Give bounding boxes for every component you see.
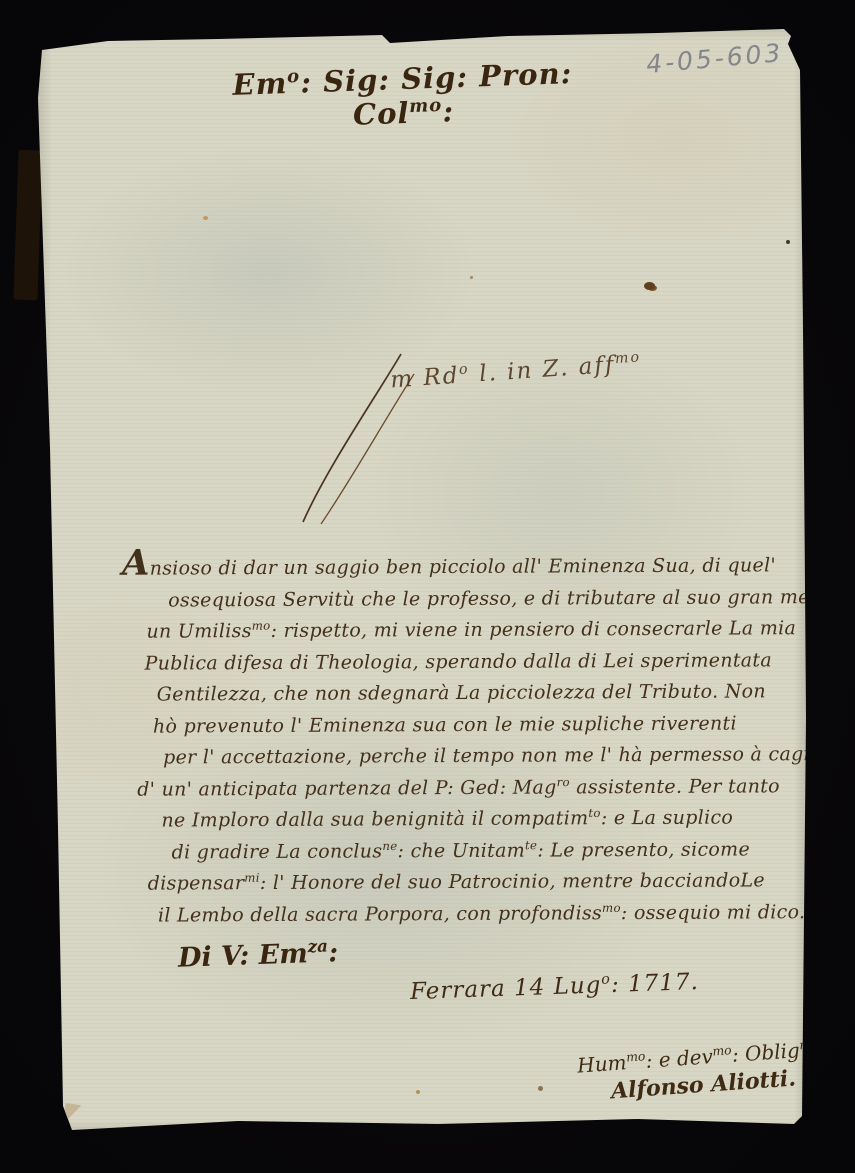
signature-block: Hummo: e devmo: Obligmo: Serre: Alfonso … [576, 1034, 854, 1106]
letter-closing: Di V: Emza: [178, 937, 339, 974]
paper-stain [470, 276, 473, 279]
letter-body-line: di gradire La conclusne: che Unitamte: L… [172, 834, 784, 869]
letter-body-line: hò prevenuto l' Eminenza sua con le mie … [153, 708, 783, 743]
archival-number: 4-05-603 [645, 38, 784, 79]
letter-page: Emo: Sig: Sig: Pron: Colmo: 4-05-603 m R… [38, 28, 806, 1136]
background-object [13, 150, 42, 301]
paper-stain [538, 1086, 543, 1091]
letter-dateline: Ferrara 14 Lugo: 1717. [410, 969, 700, 1005]
letter-body-line: Publica difesa di Theologia, sperando da… [145, 645, 783, 680]
ink-stain [644, 282, 655, 290]
ink-stain [786, 240, 790, 244]
letter-body-line: Gentilezza, che non sdegnarà La picciole… [157, 676, 783, 711]
letter-body-line: d' un' anticipata partenza del P: Ged: M… [137, 771, 783, 806]
letter-body-line: per l' accettazione, perche il tempo non… [163, 739, 783, 774]
letter-body-line: Ansioso di dar un saggio ben picciolo al… [122, 544, 782, 585]
letter-body-line: ne Imploro dalla sua benignità il compat… [161, 802, 783, 837]
letter-body-line: un Umilissmo: rispetto, mi viene in pens… [146, 613, 782, 648]
letter-body: Ansioso di dar un saggio ben picciolo al… [122, 544, 784, 931]
letter-body-line: ossequiosa Servitù che le professo, e di… [168, 582, 782, 617]
folded-corner [63, 1103, 82, 1127]
registry-annotation: m Rdo l. in Z. affmo [389, 345, 720, 394]
photo-background: Emo: Sig: Sig: Pron: Colmo: 4-05-603 m R… [0, 0, 855, 1173]
letter-body-line: dispensarmi: l' Honore del suo Patrocini… [148, 865, 784, 900]
letter-body-line: il Lembo della sacra Porpora, con profon… [158, 897, 784, 932]
paper-stain [416, 1090, 420, 1094]
letter-salutation: Emo: Sig: Sig: Pron: Colmo: [222, 56, 584, 137]
paper-stain [203, 216, 208, 220]
